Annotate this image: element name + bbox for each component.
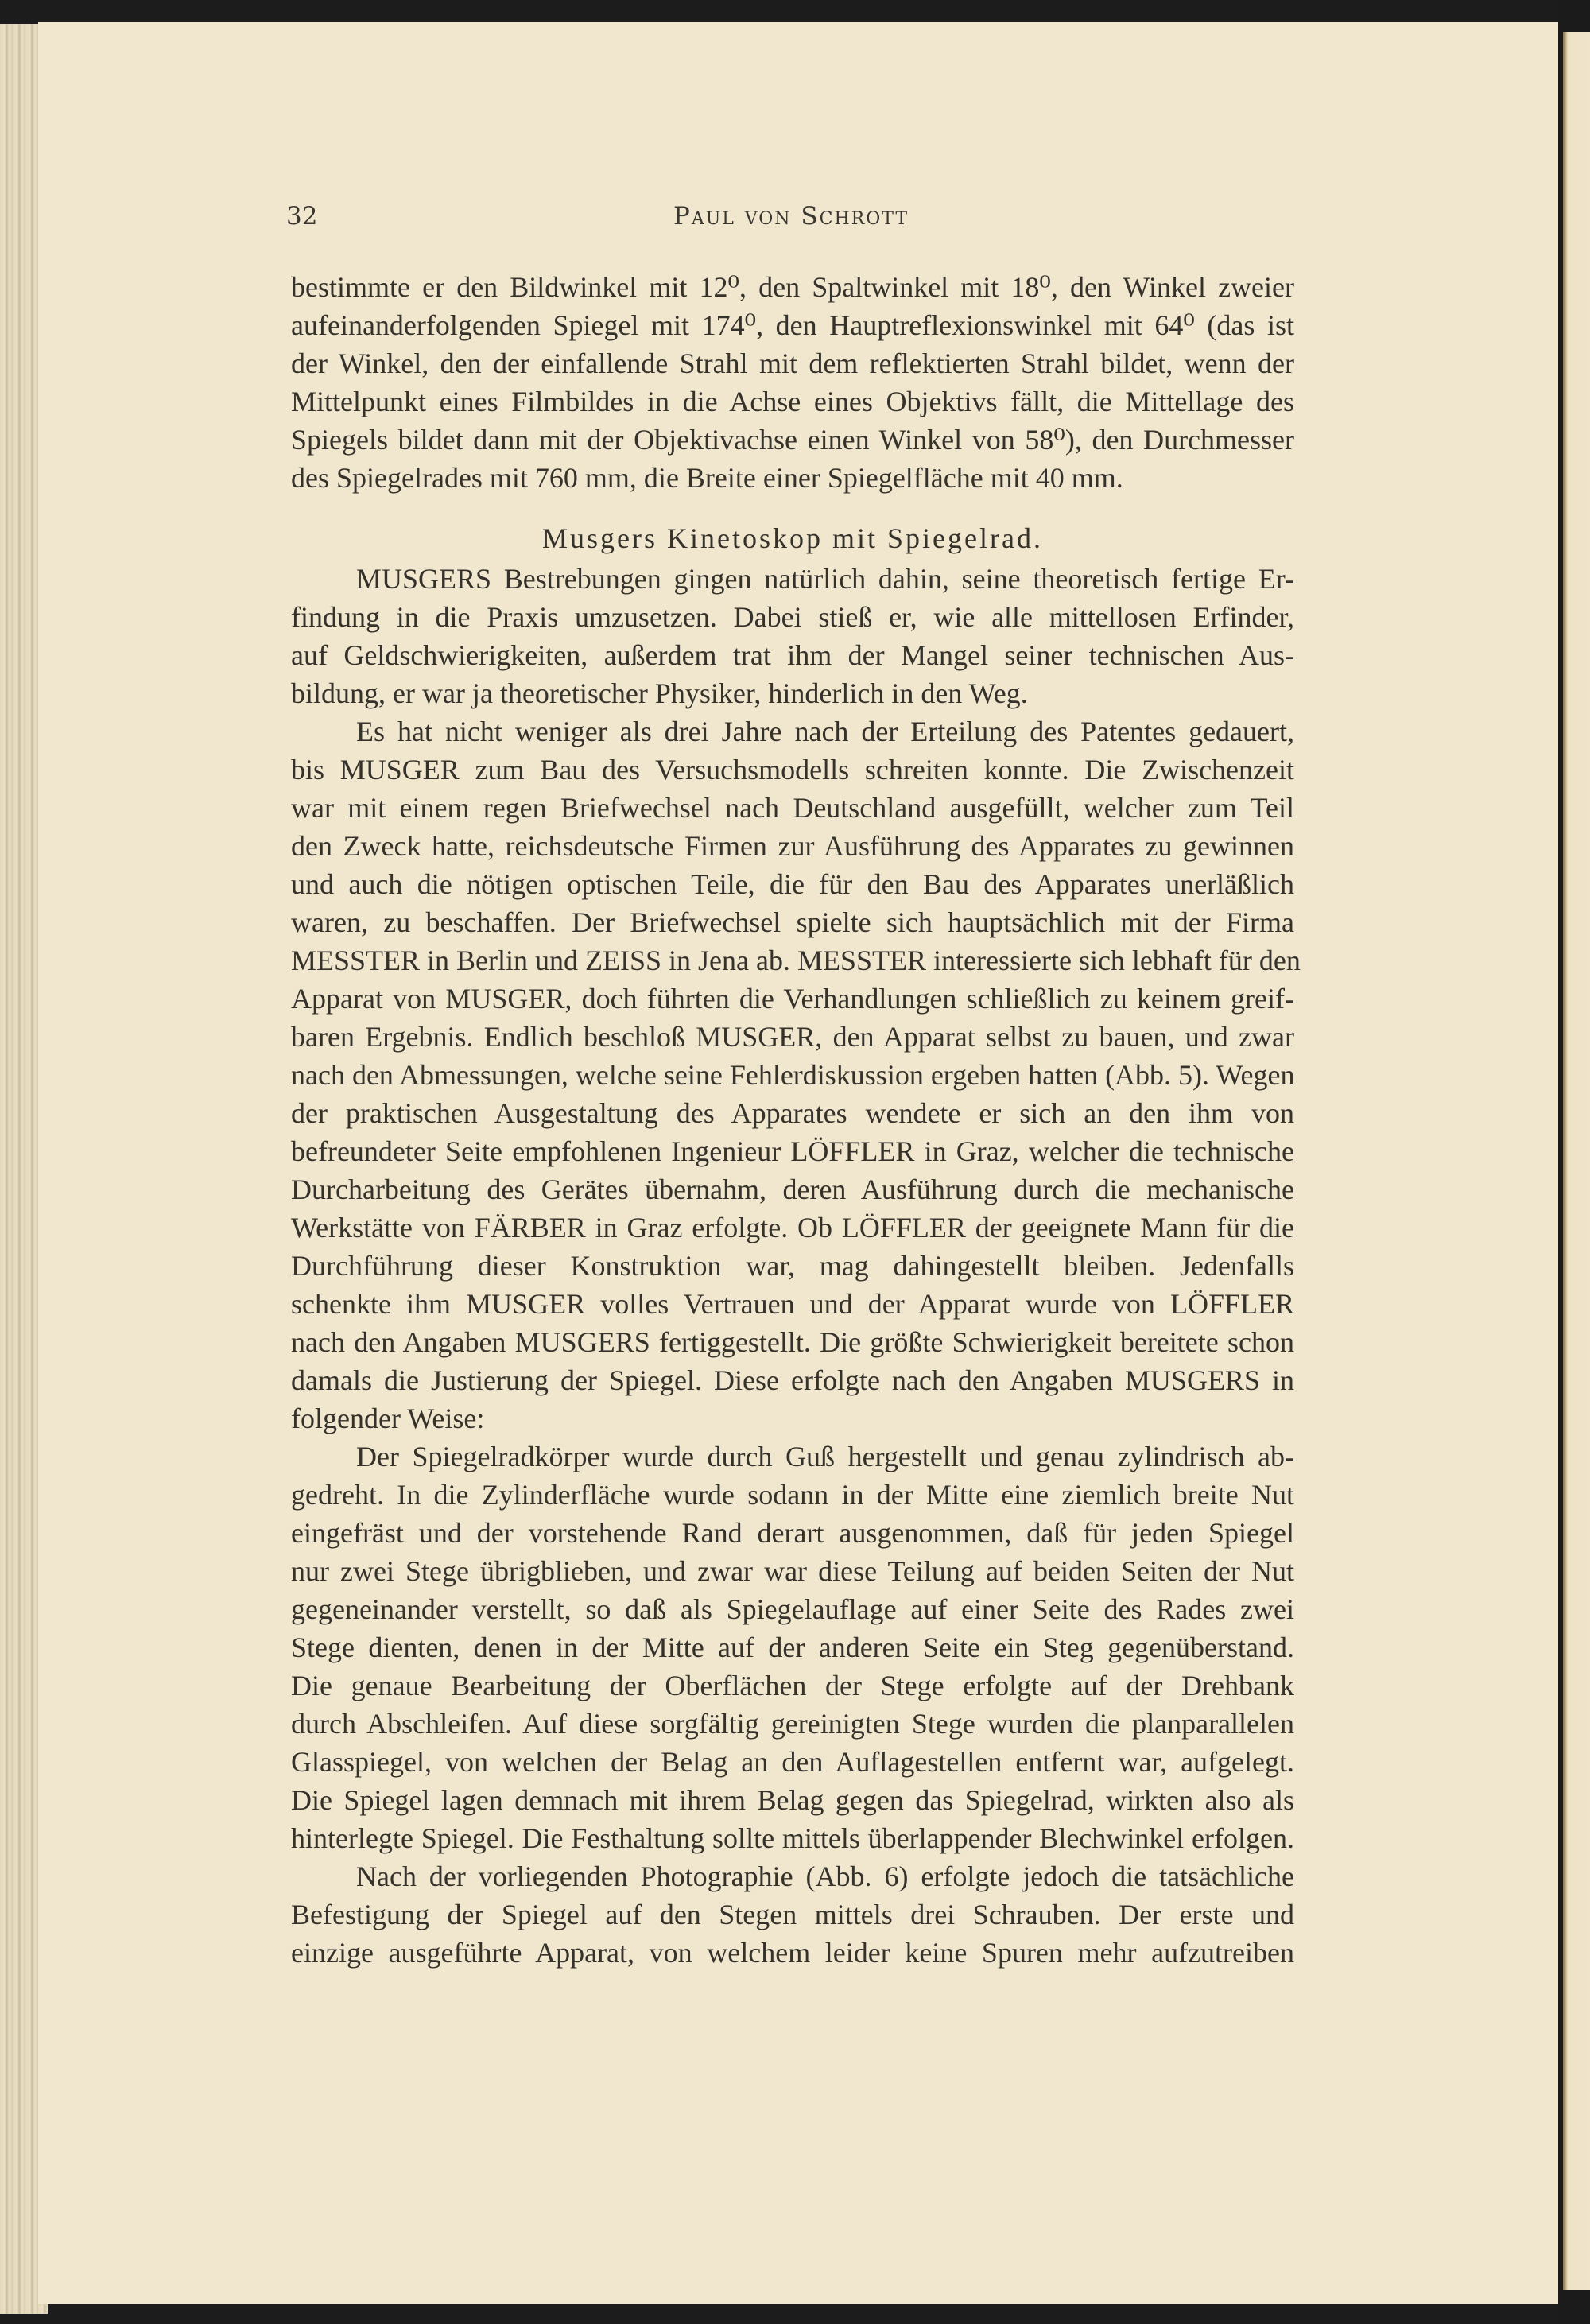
text-line: des Spiegelrades mit 760 mm, die Breite … bbox=[291, 459, 1294, 497]
text-line: nach den Angaben MUSGERS fertiggestellt.… bbox=[291, 1323, 1294, 1361]
text-line: gedreht. In die Zylinderfläche wurde sod… bbox=[291, 1476, 1294, 1514]
text-line: Durchführung dieser Konstruktion war, ma… bbox=[291, 1247, 1294, 1285]
text-line: MUSGERS Bestrebungen gingen natürlich da… bbox=[291, 560, 1294, 598]
text-line: einzige ausgeführte Apparat, von welchem… bbox=[291, 1934, 1294, 1972]
text-line: Durcharbeitung des Gerätes übernahm, der… bbox=[291, 1170, 1294, 1209]
text-line: Apparat von MUSGER, doch führten die Ver… bbox=[291, 980, 1294, 1018]
text-line: damals die Justierung der Spiegel. Diese… bbox=[291, 1361, 1294, 1399]
text-line: Mittelpunkt eines Filmbildes in die Achs… bbox=[291, 382, 1294, 421]
text-line: der Winkel, den der einfallende Strahl m… bbox=[291, 344, 1294, 382]
text-line: Werkstätte von FÄRBER in Graz erfolgte. … bbox=[291, 1209, 1294, 1247]
text-line: aufeinanderfolgenden Spiegel mit 174⁰, d… bbox=[291, 306, 1294, 344]
text-line: Spiegels bildet dann mit der Objektivach… bbox=[291, 421, 1294, 459]
text-line: findung in die Praxis umzusetzen. Dabei … bbox=[291, 598, 1294, 636]
text-line: schenkte ihm MUSGER volles Vertrauen und… bbox=[291, 1285, 1294, 1323]
text-line: Glasspiegel, von welchen der Belag an de… bbox=[291, 1743, 1294, 1781]
text-line: hinterlegte Spiegel. Die Festhaltung sol… bbox=[291, 1819, 1294, 1857]
text-line: bestimmte er den Bildwinkel mit 12⁰, den… bbox=[291, 268, 1294, 306]
text-line: Der Spiegelradkörper wurde durch Guß her… bbox=[291, 1437, 1294, 1476]
body-text: bestimmte er den Bildwinkel mit 12⁰, den… bbox=[0, 0, 1590, 2324]
text-line: war mit einem regen Briefwechsel nach De… bbox=[291, 789, 1294, 827]
text-line: MESSTER in Berlin und ZEISS in Jena ab. … bbox=[291, 941, 1294, 980]
text-line: durch Abschleifen. Auf diese sorgfältig … bbox=[291, 1705, 1294, 1743]
text-line: Es hat nicht weniger als drei Jahre nach… bbox=[291, 712, 1294, 751]
text-line: gegeneinander verstellt, so daß als Spie… bbox=[291, 1590, 1294, 1628]
text-line: bis MUSGER zum Bau des Versuchsmodells s… bbox=[291, 751, 1294, 789]
text-line: eingefräst und der vorstehende Rand dera… bbox=[291, 1514, 1294, 1552]
text-line: Befestigung der Spiegel auf den Stegen m… bbox=[291, 1895, 1294, 1934]
text-line: Stege dienten, denen in der Mitte auf de… bbox=[291, 1628, 1294, 1666]
text-line: baren Ergebnis. Endlich beschloß MUSGER,… bbox=[291, 1018, 1294, 1056]
text-line: der praktischen Ausgestaltung des Appara… bbox=[291, 1094, 1294, 1132]
text-line: und auch die nötigen optischen Teile, di… bbox=[291, 865, 1294, 903]
text-line: auf Geldschwierigkeiten, außerdem trat i… bbox=[291, 636, 1294, 674]
text-line: waren, zu beschaffen. Der Briefwechsel s… bbox=[291, 903, 1294, 941]
text-line: befreundeter Seite empfohlenen Ingenieur… bbox=[291, 1132, 1294, 1170]
text-line: bildung, er war ja theoretischer Physike… bbox=[291, 674, 1294, 712]
text-line: nur zwei Stege übrigblieben, und zwar wa… bbox=[291, 1552, 1294, 1590]
text-line: Nach der vorliegenden Photographie (Abb.… bbox=[291, 1857, 1294, 1895]
text-line: den Zweck hatte, reichsdeutsche Firmen z… bbox=[291, 827, 1294, 865]
text-line: folgender Weise: bbox=[291, 1399, 1294, 1437]
text-line: Die genaue Bearbeitung der Oberflächen d… bbox=[291, 1666, 1294, 1705]
text-line: Die Spiegel lagen demnach mit ihrem Bela… bbox=[291, 1781, 1294, 1819]
text-line: nach den Abmessungen, welche seine Fehle… bbox=[291, 1056, 1294, 1094]
